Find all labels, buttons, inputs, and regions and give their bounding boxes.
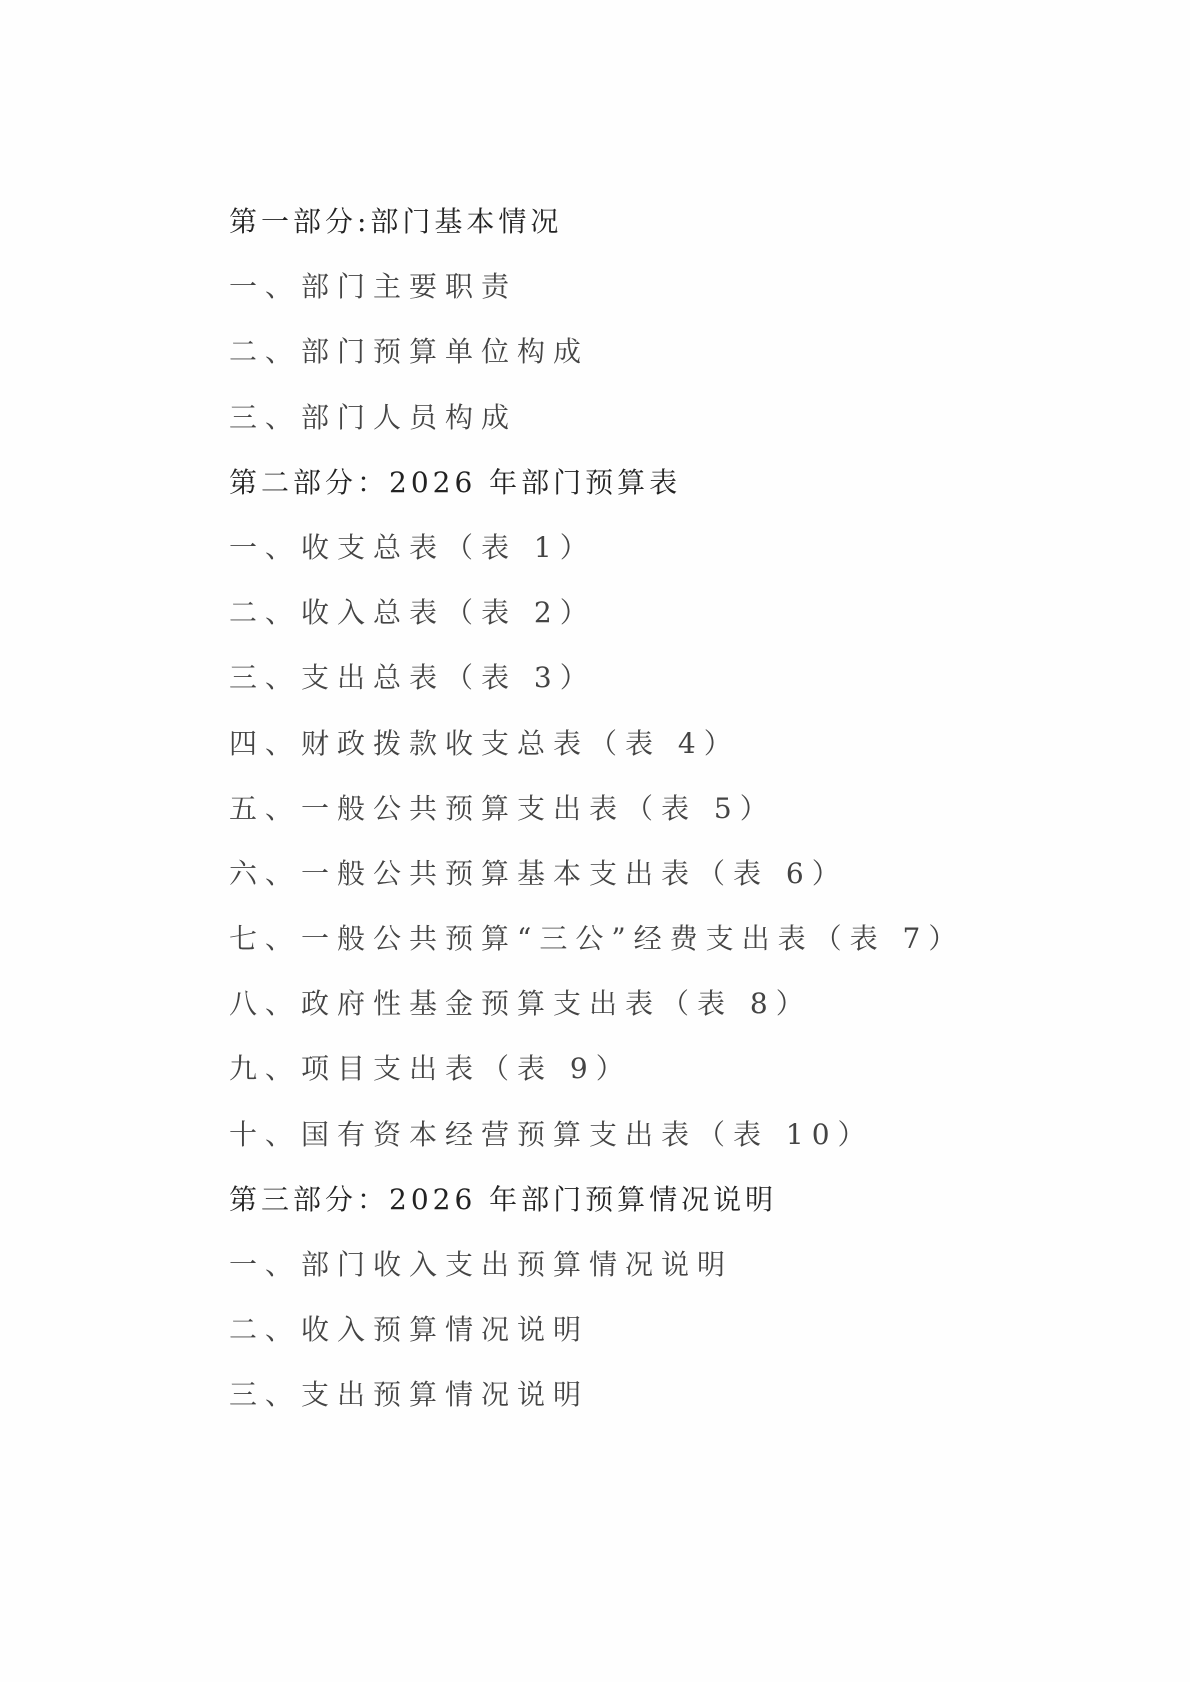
toc-part-3-heading: 第三部分：2026 年部门预算情况说明 [229,1174,1029,1239]
toc-item-table-10: 十、国有资本经营预算支出表（表 10） [229,1109,1029,1174]
toc-item-table-5: 五、一般公共预算支出表（表 5） [229,783,1029,848]
toc-item-income-explanation: 二、收入预算情况说明 [229,1304,1029,1369]
toc-item-table-8: 八、政府性基金预算支出表（表 8） [229,978,1029,1043]
toc-item-table-7: 七、一般公共预算“三公”经费支出表（表 7） [229,913,1029,978]
toc-item-table-1: 一、收支总表（表 1） [229,522,1029,587]
toc-item-budget-unit-composition: 二、部门预算单位构成 [229,326,1029,391]
document-page: 第一部分:部门基本情况 一、部门主要职责 二、部门预算单位构成 三、部门人员构成… [0,0,1190,1682]
toc-item-table-2: 二、收入总表（表 2） [229,587,1029,652]
toc-item-staff-composition: 三、部门人员构成 [229,392,1029,457]
toc-item-department-duties: 一、部门主要职责 [229,261,1029,326]
toc-item-table-6: 六、一般公共预算基本支出表（表 6） [229,848,1029,913]
toc-part-1-heading: 第一部分:部门基本情况 [229,196,1029,261]
toc-item-income-expenditure-explanation: 一、部门收入支出预算情况说明 [229,1239,1029,1304]
table-of-contents: 第一部分:部门基本情况 一、部门主要职责 二、部门预算单位构成 三、部门人员构成… [229,196,1029,1435]
toc-item-table-9: 九、项目支出表（表 9） [229,1043,1029,1108]
toc-item-table-3: 三、支出总表（表 3） [229,652,1029,717]
toc-item-table-4: 四、财政拨款收支总表（表 4） [229,718,1029,783]
toc-part-2-heading: 第二部分：2026 年部门预算表 [229,457,1029,522]
toc-item-expenditure-explanation: 三、支出预算情况说明 [229,1369,1029,1434]
